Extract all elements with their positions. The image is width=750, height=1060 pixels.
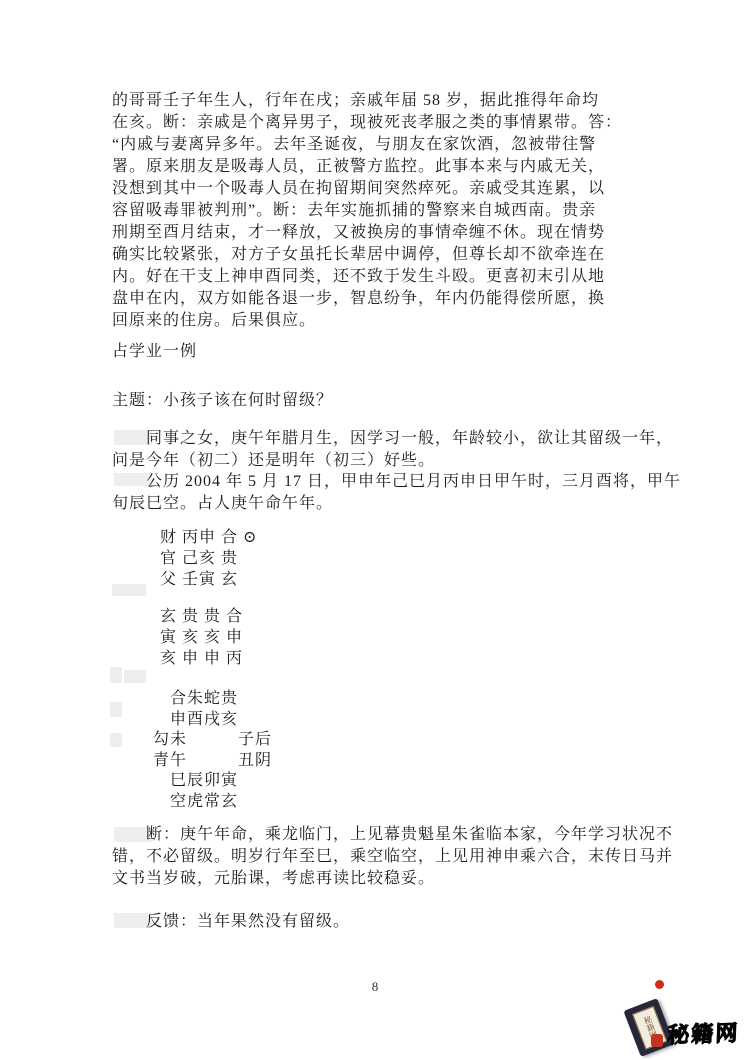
scan-artifact bbox=[112, 584, 146, 596]
red-dot-icon bbox=[655, 980, 664, 989]
document-page: 的哥哥壬子年生人，行年在戌；亲戚年届 58 岁，据此推得年命均在亥。断：亲戚是个… bbox=[0, 0, 750, 1060]
text-line: 父 壬寅 玄 bbox=[160, 569, 257, 590]
text-line: 问是今年（初二）还是明年（初三）好些。 bbox=[112, 450, 642, 472]
judgment-paragraph: 断：庚午年命，乘龙临门，上见幕贵魁星朱雀临本家，今年学习状况不错，不必留级。明岁… bbox=[112, 824, 642, 890]
text-line: 确实比较紧张，对方子女虽托长辈居中调停，但尊长却不欲牵连在 bbox=[112, 244, 642, 266]
text-line: 断：庚午年命，乘龙临门，上见幕贵魁星朱雀临本家，今年学习状况不 bbox=[112, 824, 642, 846]
text-line: 玄 贵 贵 合 bbox=[160, 606, 243, 627]
scan-artifact bbox=[110, 733, 122, 747]
text-line: 同事之女，庚午年腊月生，因学习一般，年龄较小，欲让其留级一年， bbox=[112, 428, 642, 450]
text-line: 没想到其中一个吸毒人员在拘留期间突然瘁死。亲戚受其连累，以 bbox=[112, 178, 642, 200]
text-line: 内。好在干支上神申酉同类，还不致于发生斗殴。更喜初末引从地 bbox=[112, 266, 642, 288]
topic-line: 主题：小孩子该在何时留级？ bbox=[112, 390, 642, 412]
text-line: 署。原来朋友是吸毒人员，正被警方监控。此事本来与内戚无关， bbox=[112, 156, 642, 178]
chart-heaven-earth-plate: 合朱蛇贵 申酉戌亥勾未 子后青午 丑阴 巳辰卯寅 空虎常玄 bbox=[153, 689, 272, 812]
case-paragraph: 同事之女，庚午年腊月生，因学习一般，年龄较小，欲让其留级一年，问是今年（初二）还… bbox=[112, 428, 642, 472]
text-line: 勾未 子后 bbox=[153, 730, 272, 751]
text-line: 青午 丑阴 bbox=[153, 751, 272, 772]
text-line: 文书当岁破，元胎课，考虑再读比较稳妥。 bbox=[112, 868, 642, 890]
paragraph-continuation: 的哥哥壬子年生人，行年在戌；亲戚年届 58 岁，据此推得年命均在亥。断：亲戚是个… bbox=[112, 90, 642, 332]
text-line: 合朱蛇贵 bbox=[153, 689, 272, 710]
text-line: 申酉戌亥 bbox=[153, 710, 272, 731]
text-line: 旬辰巳空。占人庚午命午年。 bbox=[112, 493, 642, 515]
section-heading: 占学业一例 bbox=[112, 341, 642, 363]
chart-three-transmissions: 玄 贵 贵 合寅 亥 亥 申亥 申 申 丙 bbox=[160, 606, 243, 669]
text-line: 寅 亥 亥 申 bbox=[160, 627, 243, 648]
scan-artifact bbox=[124, 670, 146, 683]
date-paragraph: 公历 2004 年 5 月 17 日，甲申年己巳月丙申日甲午时，三月酉将，甲午旬… bbox=[112, 471, 642, 515]
scan-artifact bbox=[110, 667, 122, 683]
text-line: “内戚与妻离异多年。去年圣诞夜，与朋友在家饮酒，忽被带往警 bbox=[112, 134, 642, 156]
text-line: 的哥哥壬子年生人，行年在戌；亲戚年届 58 岁，据此推得年命均 bbox=[112, 90, 642, 112]
secret-book-logo: 秘籍网 秘籍网 bbox=[615, 965, 750, 1060]
red-seal-icon bbox=[651, 1034, 663, 1047]
text-line: 公历 2004 年 5 月 17 日，甲申年己巳月丙申日甲午时，三月酉将，甲午 bbox=[112, 471, 642, 493]
text-line: 错，不必留级。明岁行年至巳，乘空临空，上见用神申乘六合，末传日马并 bbox=[112, 846, 642, 868]
text-line: 亥 申 申 丙 bbox=[160, 648, 243, 669]
text-line: 财 丙申 合 ⊙ bbox=[160, 527, 257, 548]
text-line: 刑期至酉月结束，才一释放，又被换房的事情牵缠不休。现在情势 bbox=[112, 222, 642, 244]
text-line: 容留吸毒罪被判刑”。断：去年实施抓捕的警察来自城西南。贵亲 bbox=[112, 200, 642, 222]
chart-four-lessons: 财 丙申 合 ⊙官 己亥 贵父 壬寅 玄 bbox=[160, 527, 257, 590]
site-name-calligraphy: 秘籍网 bbox=[666, 1016, 749, 1050]
scan-artifact bbox=[110, 702, 122, 717]
text-line: 巳辰卯寅 bbox=[153, 771, 272, 792]
text-line: 在亥。断：亲戚是个离异男子，现被死丧孝服之类的事情累带。答： bbox=[112, 112, 642, 134]
text-line: 回原来的住房。后果俱应。 bbox=[112, 310, 642, 332]
text-line: 空虎常玄 bbox=[153, 792, 272, 813]
feedback-line: 反馈：当年果然没有留级。 bbox=[112, 911, 642, 933]
text-line: 盘申在内，双方如能各退一步，智息纷争，年内仍能得偿所愿，换 bbox=[112, 288, 642, 310]
text-line: 官 己亥 贵 bbox=[160, 548, 257, 569]
